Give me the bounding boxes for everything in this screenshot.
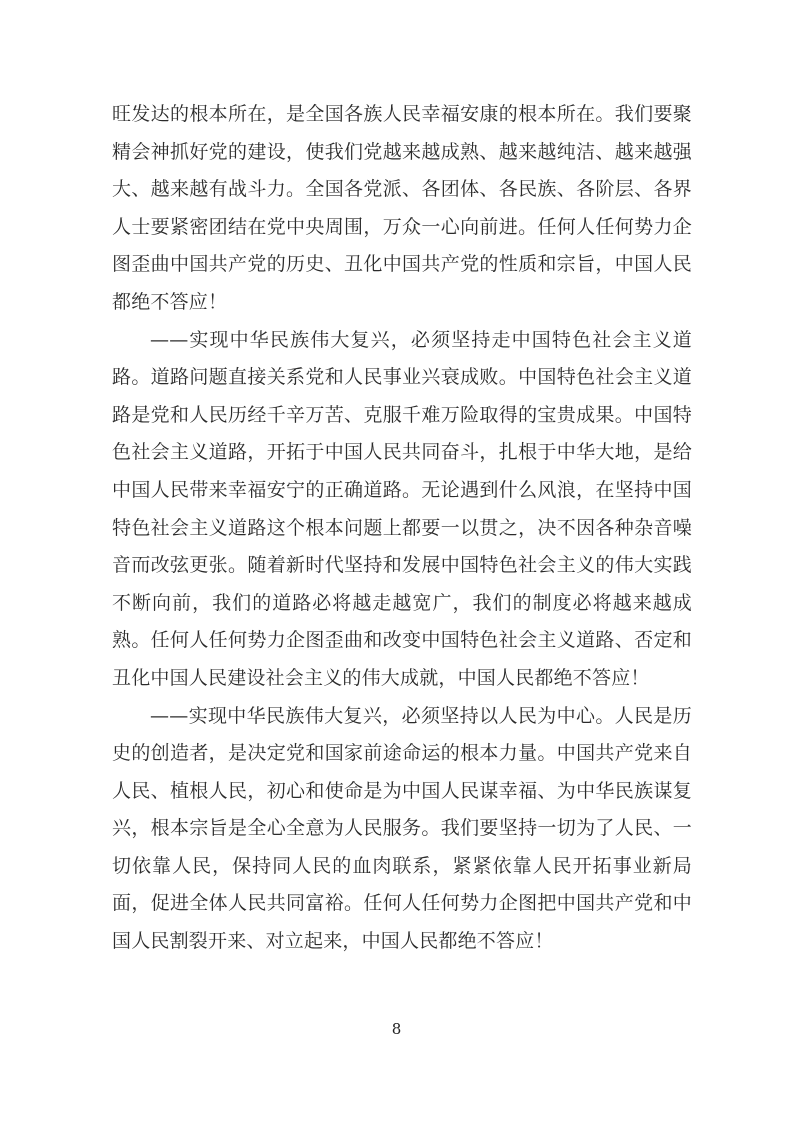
paragraph-dash-item-road: ——实现中华民族伟大复兴，必须坚持走中国特色社会主义道路。道路问题直接关系党和人… [112, 322, 692, 698]
paragraph-dash-item-people: ——实现中华民族伟大复兴，必须坚持以人民为中心。人民是历史的创造者，是决定党和国… [112, 698, 692, 961]
page-body-text: 旺发达的根本所在，是全国各族人民幸福安康的根本所在。我们要聚精会神抓好党的建设，… [112, 96, 692, 961]
page-number: 8 [0, 1020, 793, 1038]
paragraph-continuation: 旺发达的根本所在，是全国各族人民幸福安康的根本所在。我们要聚精会神抓好党的建设，… [112, 96, 692, 322]
document-page: 旺发达的根本所在，是全国各族人民幸福安康的根本所在。我们要聚精会神抓好党的建设，… [0, 0, 793, 1122]
